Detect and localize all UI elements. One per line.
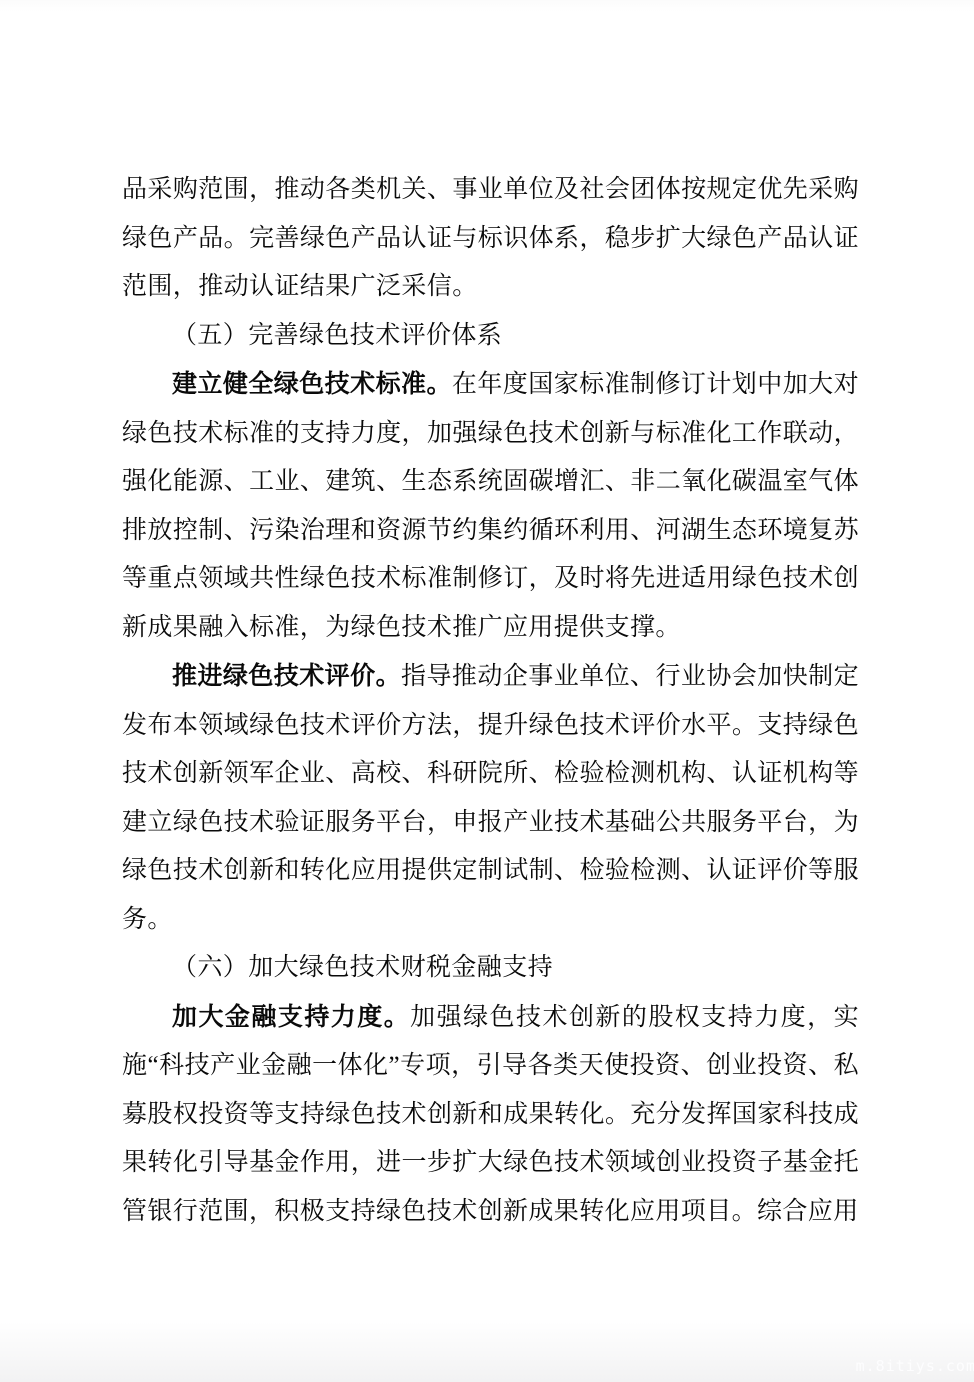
paragraph-lead: 建立健全绿色技术标准。 — [172, 370, 452, 398]
paragraph-continuation: 品采购范围，推动各类机关、事业单位及社会团体按规定优先采购绿色产品。完善绿色产品… — [122, 166, 859, 312]
paragraph-green-tech-evaluation: 推进绿色技术评价。指导推动企事业单位、行业协会加快制定发布本领域绿色技术评价方法… — [122, 652, 859, 944]
paragraph-text: 在年度国家标准制修订计划中加大对绿色技术标准的支持力度，加强绿色技术创新与标准化… — [122, 371, 859, 641]
paragraph-lead: 推进绿色技术评价。 — [172, 662, 401, 690]
watermark: m.8itiys.com — [856, 1357, 974, 1375]
section-heading-6: （六）加大绿色技术财税金融支持 — [122, 944, 859, 993]
paragraph-lead: 加大金融支持力度。 — [172, 1003, 410, 1031]
paragraph-green-tech-standards: 建立健全绿色技术标准。在年度国家标准制修订计划中加大对绿色技术标准的支持力度，加… — [122, 360, 859, 652]
document-page: 品采购范围，推动各类机关、事业单位及社会团体按规定优先采购绿色产品。完善绿色产品… — [0, 0, 974, 1382]
document-body: 品采购范围，推动各类机关、事业单位及社会团体按规定优先采购绿色产品。完善绿色产品… — [122, 166, 859, 1236]
paragraph-text: 指导推动企事业单位、行业协会加快制定发布本领域绿色技术评价方法，提升绿色技术评价… — [122, 663, 859, 933]
section-heading-5: （五）完善绿色技术评价体系 — [122, 312, 859, 361]
paragraph-financial-support: 加大金融支持力度。加强绿色技术创新的股权支持力度，实施“科技产业金融一体化”专项… — [122, 993, 859, 1237]
paragraph-text: 加强绿色技术创新的股权支持力度，实施“科技产业金融一体化”专项，引导各类天使投资… — [122, 1004, 859, 1225]
